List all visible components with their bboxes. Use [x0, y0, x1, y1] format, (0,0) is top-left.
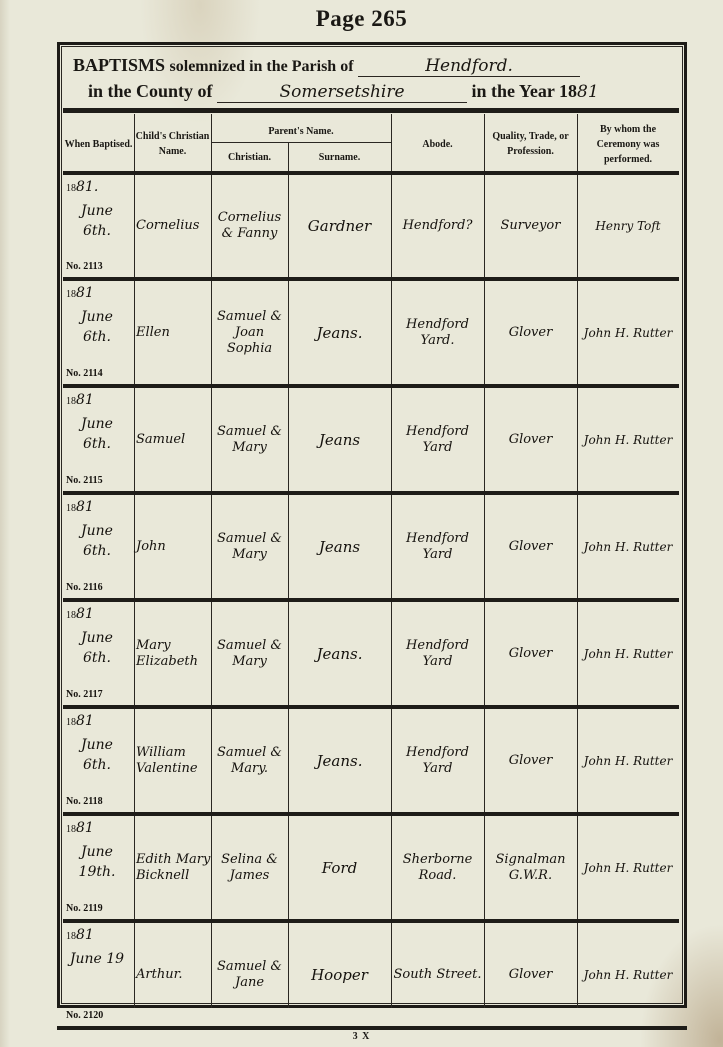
entry-number: No. 2120	[66, 1008, 103, 1024]
entry-year: 1881.	[66, 179, 98, 197]
county-label: in the County of	[88, 81, 213, 101]
officiant-signature: John H. Rutter	[577, 753, 679, 769]
parents-surname: Gardner	[288, 218, 391, 234]
register-entry: 1881 June 19th. No. 2119 Edith Mary Bick…	[63, 816, 679, 919]
register-county-line: in the County of Somersetshire in the Ye…	[88, 81, 599, 103]
entry-date: June 19th.	[69, 842, 125, 882]
entry-number: No. 2118	[66, 794, 103, 810]
abode: South Street.	[391, 967, 484, 983]
page-title: Page 265	[0, 6, 723, 32]
col-header-quality: Quality, Trade, or Profession.	[484, 118, 577, 170]
register-entry: 1881 June 19 No. 2120 Arthur. Samuel & J…	[63, 923, 679, 1026]
entry-year: 1881	[66, 285, 94, 303]
col-header-abode: Abode.	[391, 118, 484, 170]
parents-surname: Hooper	[288, 967, 391, 983]
entry-number: No. 2117	[66, 687, 103, 703]
officiant-signature: John H. Rutter	[577, 967, 679, 983]
quality-trade: Glover	[484, 325, 577, 341]
quality-trade: Glover	[484, 539, 577, 555]
officiant-signature: John H. Rutter	[577, 646, 679, 662]
quality-trade: Surveyor	[484, 218, 577, 234]
entry-year: 1881	[66, 713, 94, 731]
child-name: Samuel	[136, 432, 211, 448]
quality-trade: Glover	[484, 432, 577, 448]
year-written: 81	[577, 82, 599, 102]
parents-christian: Samuel & Jane	[211, 959, 288, 991]
quality-trade: Signalman G.W.R.	[484, 852, 577, 884]
abode: Hendford Yard	[391, 745, 484, 777]
parents-christian: Samuel & Joan Sophia	[211, 309, 288, 357]
abode: Hendford Yard	[391, 638, 484, 670]
parents-divider	[211, 142, 391, 143]
col-header-officiant: By whom the Ceremony was performed.	[577, 118, 679, 170]
officiant-signature: Henry Toft	[577, 218, 679, 234]
entry-date: June 6th.	[69, 201, 125, 241]
child-name: William Valentine	[136, 745, 211, 777]
officiant-signature: John H. Rutter	[577, 860, 679, 876]
entry-date: June 19	[69, 949, 125, 969]
col-header-parent-surname: Surname.	[288, 144, 391, 170]
register-entry: 1881. June 6th. No. 2113 Cornelius Corne…	[63, 175, 679, 277]
entry-year: 1881	[66, 499, 94, 517]
entry-year: 1881	[66, 606, 94, 624]
entry-year: 1881	[66, 927, 94, 945]
child-name: John	[136, 539, 211, 555]
register-entry: 1881 June 6th. No. 2114 Ellen Samuel & J…	[63, 281, 679, 384]
entry-year: 1881	[66, 820, 94, 838]
parents-surname: Jeans	[288, 432, 391, 448]
abode: Hendford Yard	[391, 531, 484, 563]
county-name: Somersetshire	[217, 82, 467, 103]
entry-date: June 6th.	[69, 628, 125, 668]
entry-number: No. 2113	[66, 259, 103, 275]
quality-trade: Glover	[484, 967, 577, 983]
child-name: Ellen	[136, 325, 211, 341]
parents-christian: Samuel & Mary	[211, 638, 288, 670]
col-header-parent-christian: Christian.	[211, 144, 288, 170]
heading-baptisms: BAPTISMS	[73, 55, 165, 75]
parents-christian: Samuel & Mary	[211, 424, 288, 456]
col-header-when: When Baptised.	[63, 118, 134, 170]
entry-number: No. 2116	[66, 580, 103, 596]
entry-number: No. 2115	[66, 473, 103, 489]
entry-number: No. 2114	[66, 366, 103, 382]
register-heading: BAPTISMS solemnized in the Parish of Hen…	[73, 55, 580, 77]
parents-surname: Ford	[288, 860, 391, 876]
col-header-parents: Parent's Name.	[211, 118, 391, 144]
quality-trade: Glover	[484, 646, 577, 662]
parents-surname: Jeans	[288, 539, 391, 555]
entry-date: June 6th.	[69, 735, 125, 775]
parents-surname: Jeans.	[288, 325, 391, 341]
officiant-signature: John H. Rutter	[577, 539, 679, 555]
quality-trade: Glover	[484, 753, 577, 769]
heading-solemnized: solemnized in the Parish of	[170, 58, 354, 75]
child-name: Arthur.	[136, 967, 211, 983]
child-name: Edith Mary Bicknell	[136, 852, 211, 884]
year-label: in the Year	[472, 81, 555, 101]
officiant-signature: John H. Rutter	[577, 432, 679, 448]
abode: Sherborne Road.	[391, 852, 484, 884]
abode: Hendford Yard	[391, 424, 484, 456]
parents-christian: Samuel & Mary.	[211, 745, 288, 777]
abode: Hendford Yard.	[391, 317, 484, 349]
child-name: Mary Elizabeth	[136, 638, 211, 670]
header-rule	[63, 108, 679, 113]
register-entry: 1881 June 6th. No. 2116 John Samuel & Ma…	[63, 495, 679, 598]
officiant-signature: John H. Rutter	[577, 325, 679, 341]
entry-date: June 6th.	[69, 414, 125, 454]
year-printed: 18	[559, 81, 577, 101]
abode: Hendford?	[391, 218, 484, 234]
parents-surname: Jeans.	[288, 753, 391, 769]
parents-christian: Cornelius & Fanny	[211, 210, 288, 242]
parish-name: Hendford.	[358, 56, 580, 77]
parents-surname: Jeans.	[288, 646, 391, 662]
entry-number: No. 2119	[66, 901, 103, 917]
entry-date: June 6th.	[69, 521, 125, 561]
bottom-rule	[57, 1026, 687, 1030]
entry-date: June 6th.	[69, 307, 125, 347]
signature-mark: 3 X	[0, 1031, 723, 1042]
col-header-child: Child's Christian Name.	[134, 118, 211, 170]
entry-year: 1881	[66, 392, 94, 410]
parents-christian: Samuel & Mary	[211, 531, 288, 563]
register-entry: 1881 June 6th. No. 2115 Samuel Samuel & …	[63, 388, 679, 491]
register-entry: 1881 June 6th. No. 2118 William Valentin…	[63, 709, 679, 812]
parents-christian: Selina & James	[211, 852, 288, 884]
child-name: Cornelius	[136, 218, 211, 234]
register-entry: 1881 June 6th. No. 2117 Mary Elizabeth S…	[63, 602, 679, 705]
